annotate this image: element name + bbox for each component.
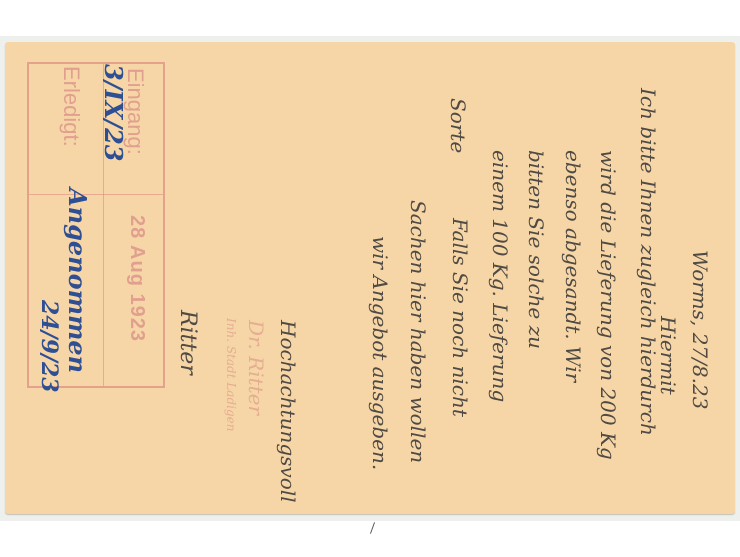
letter-line: Falls Sie noch nicht <box>448 218 472 417</box>
letter-line: wird die Lieferung von 200 Kg <box>596 150 620 460</box>
blue-annotation-accepted: Angenommen <box>63 188 92 373</box>
blue-annotation-date: 3/IX/23 <box>99 64 128 161</box>
letter-closing: Hochachtungsvoll <box>276 320 300 503</box>
letter-line: Sachen hier haben wollen <box>406 200 430 463</box>
letter-line: Sorte <box>446 98 470 153</box>
stamp-label-done: Erledigt: <box>58 66 84 147</box>
sender-stamp-subline: Inh. Stadt Ladigen <box>224 318 238 432</box>
letter-line: bitten Sie solche zu <box>524 150 548 349</box>
stamp-divider-horizontal <box>29 194 163 195</box>
stamp-date: 28 Aug 1923 <box>125 215 148 342</box>
letter-line: Ich bitte Ihnen zugleich hierdurch <box>636 88 660 436</box>
letter-date-line: Worms, 27/8.23 <box>688 250 712 409</box>
letter-line: wir Angebot ausgeben. <box>368 236 392 470</box>
letter-line: ebenso abgesandt. Wir <box>561 150 585 382</box>
sender-stamp-name: Dr. Ritter <box>244 320 268 415</box>
scan-mark <box>370 522 375 534</box>
letter-line: einem 100 Kg. Lieferung <box>488 150 512 402</box>
signature: Ritter <box>175 310 200 375</box>
blue-annotation-date-2: 24/9/23 <box>36 300 62 393</box>
